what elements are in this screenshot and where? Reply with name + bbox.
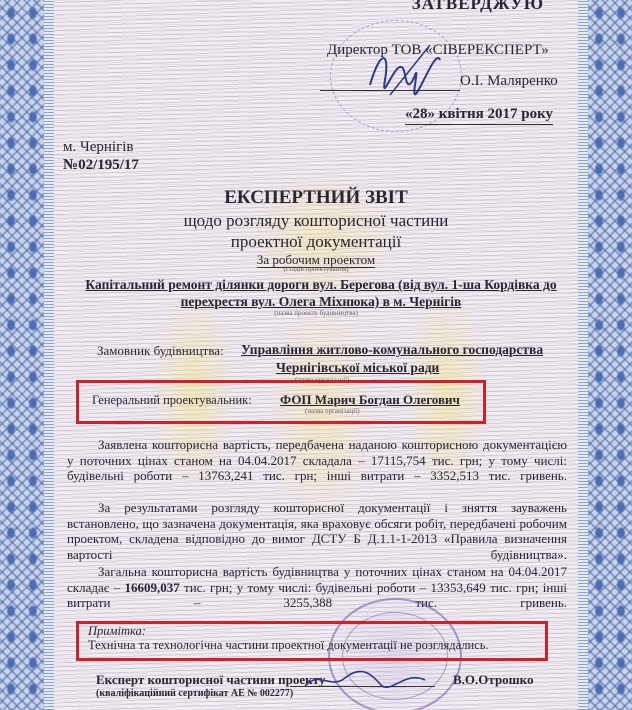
note-text: Технічна та технологічна частини проектн…	[88, 638, 489, 653]
decorative-border-right	[588, 0, 632, 710]
document-subtitle-line2: проектної документації	[44, 232, 588, 252]
customer-value-line1: Управління житлово-комунального господар…	[241, 342, 543, 358]
customer-value-line2: Чернігівської міської ради	[276, 360, 439, 376]
signature-icon	[360, 40, 450, 100]
declared-cost-paragraph: Заявлена кошторисна вартість, передбачен…	[67, 437, 567, 484]
city: м. Чернігів	[63, 139, 134, 156]
document-subtitle-line1: щодо розгляду кошторисної частини	[44, 211, 588, 231]
expert-certificate: (кваліфікаційний сертифікат АЕ № 002277)	[96, 688, 293, 699]
decorative-border-left	[0, 0, 44, 710]
approval-heading: ЗАТВЕРДЖУЮ	[412, 0, 544, 14]
note-label: Примітка:	[88, 624, 146, 639]
designer-caption: (назва організації)	[305, 407, 360, 415]
signature-line	[320, 90, 460, 91]
approval-date: «28» квітня 2017 року	[405, 106, 553, 125]
approver-name: О.І. Маляренко	[460, 73, 558, 90]
expert-signature-icon	[300, 668, 430, 692]
customer-label: Замовник будівництва:	[97, 343, 224, 359]
total-cost-paragraph: Загальна кошторисна вартість будівництва…	[67, 564, 567, 611]
design-stage-caption: (стадія проектування)	[44, 265, 588, 273]
expert-name: В.О.Отрошко	[453, 672, 533, 688]
project-name-caption: (назва проекту будівництва)	[44, 309, 588, 317]
review-results-paragraph: За результатами розгляду кошторисної док…	[67, 500, 567, 562]
designer-label: Генеральний проектувальник:	[92, 393, 252, 408]
total-cost-value: 16609,037	[124, 580, 179, 595]
document-title: ЕКСПЕРТНИЙ ЗВІТ	[44, 187, 588, 209]
project-name: Капітальний ремонт ділянки дороги вул. Б…	[70, 276, 572, 310]
document-number: №02/195/17	[63, 157, 139, 174]
designer-value: ФОП Марич Богдан Олегович	[280, 392, 460, 408]
